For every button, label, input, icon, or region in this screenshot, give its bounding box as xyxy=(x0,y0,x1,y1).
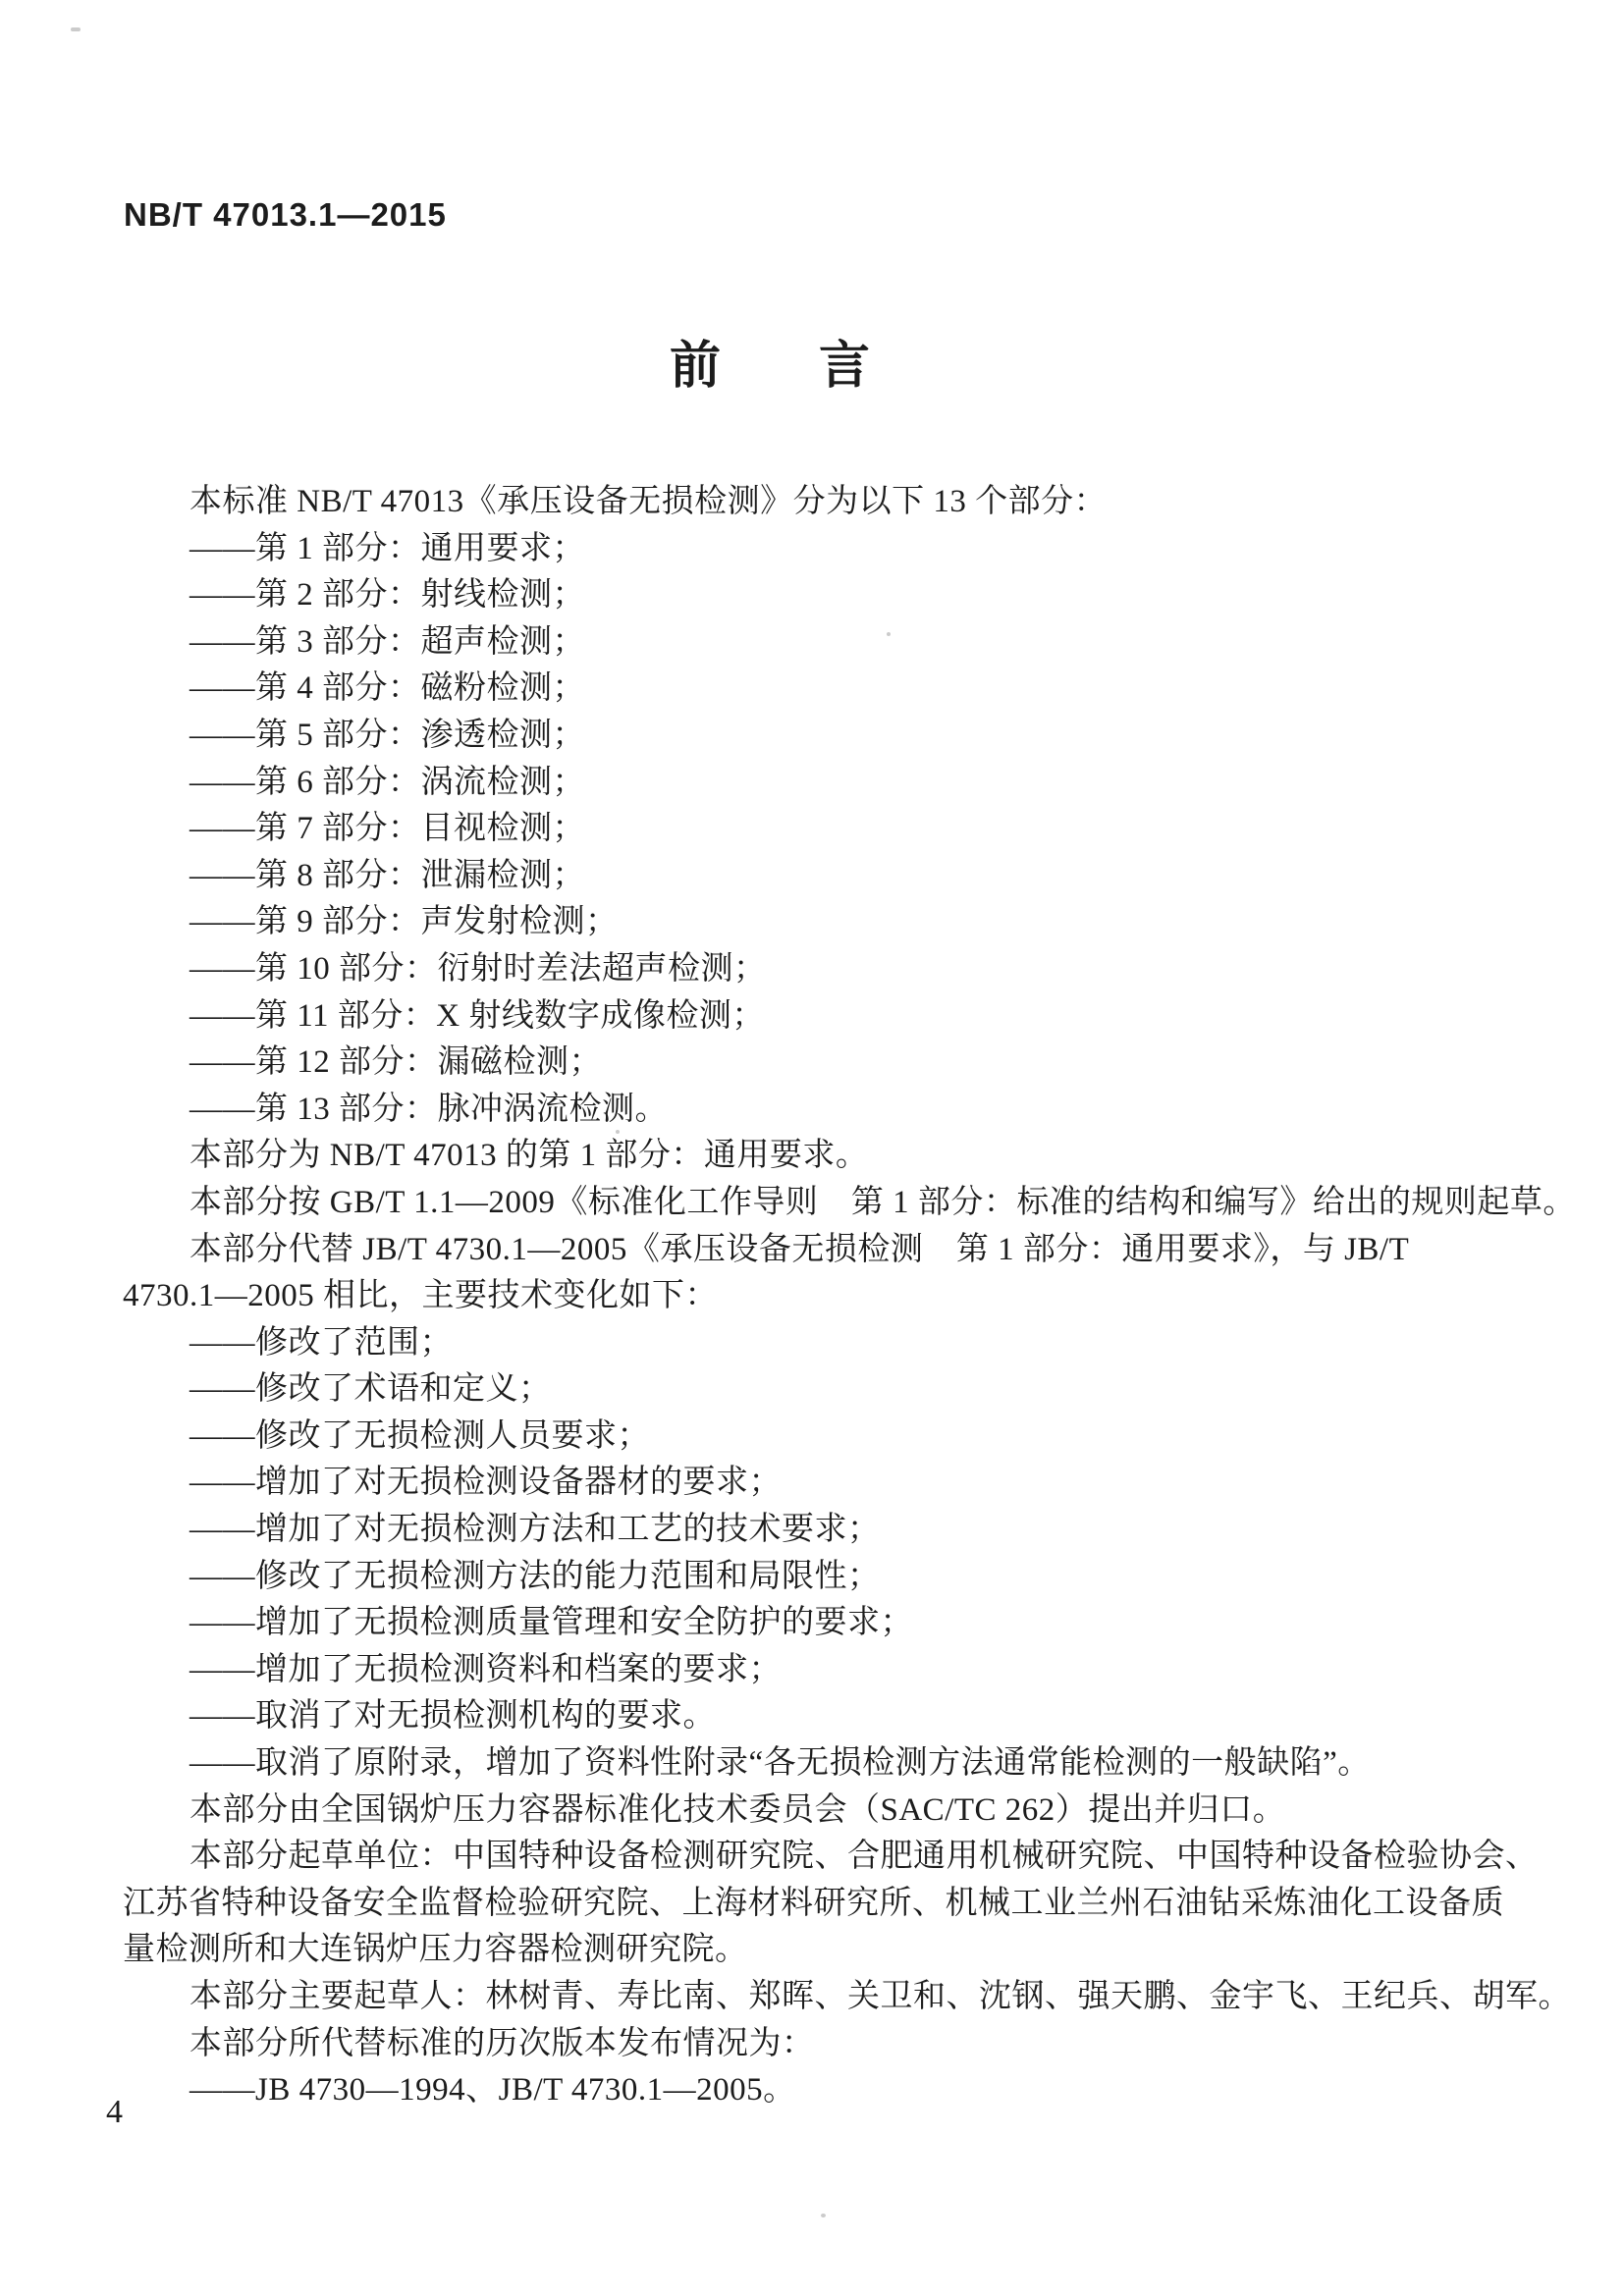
text-line: ——修改了无损检测人员要求； xyxy=(123,1414,1556,1461)
scan-speck xyxy=(821,2214,826,2217)
text-line: 本部分由全国锅炉压力容器标准化技术委员会（SAC/TC 262）提出并归口。 xyxy=(123,1788,1556,1835)
text-line: ——第 2 部分：射线检测； xyxy=(123,572,1556,619)
text-line: ——JB 4730—1994、JB/T 4730.1—2005。 xyxy=(123,2067,1556,2114)
document-page: NB/T 47013.1—2015 前 言 本标准 NB/T 47013《承压设… xyxy=(0,0,1624,2296)
text-line: ——增加了无损检测资料和档案的要求； xyxy=(123,1647,1556,1694)
scan-speck xyxy=(1466,1902,1470,1905)
text-line: ——第 8 部分：泄漏检测； xyxy=(123,853,1556,900)
scan-speck xyxy=(887,632,891,636)
foreword-body: 本标准 NB/T 47013《承压设备无损检测》分为以下 13 个部分：——第 … xyxy=(123,479,1556,2114)
text-line: ——修改了术语和定义； xyxy=(123,1366,1556,1414)
foreword-title: 前 言 xyxy=(670,340,893,395)
text-line: ——第 12 部分：漏磁检测； xyxy=(123,1040,1556,1087)
text-line: ——修改了无损检测方法的能力范围和局限性； xyxy=(123,1554,1556,1601)
text-line: ——增加了对无损检测设备器材的要求； xyxy=(123,1460,1556,1507)
text-line: ——第 11 部分：X 射线数字成像检测； xyxy=(123,993,1556,1041)
scan-speck xyxy=(71,27,81,31)
text-line: 本部分起草单位：中国特种设备检测研究院、合肥通用机械研究院、中国特种设备检验协会… xyxy=(123,1834,1556,1881)
text-line: 本部分代替 JB/T 4730.1—2005《承压设备无损检测 第 1 部分：通… xyxy=(123,1227,1556,1274)
text-line: 本部分主要起草人：林树青、寿比南、郑晖、关卫和、沈钢、强天鹏、金宇飞、王纪兵、胡… xyxy=(123,1974,1556,2021)
text-line: 本部分为 NB/T 47013 的第 1 部分：通用要求。 xyxy=(123,1133,1556,1180)
text-line: ——取消了原附录，增加了资料性附录“各无损检测方法通常能检测的一般缺陷”。 xyxy=(123,1740,1556,1788)
text-line: ——第 5 部分：渗透检测； xyxy=(123,713,1556,760)
text-line: ——增加了对无损检测方法和工艺的技术要求； xyxy=(123,1507,1556,1554)
text-line: 本部分所代替标准的历次版本发布情况为： xyxy=(123,2021,1556,2068)
text-line: ——修改了范围； xyxy=(123,1320,1556,1367)
text-line: ——第 6 部分：涡流检测； xyxy=(123,760,1556,807)
text-line: ——第 7 部分：目视检测； xyxy=(123,806,1556,853)
text-line: ——第 10 部分：衍射时差法超声检测； xyxy=(123,946,1556,993)
text-line: ——取消了对无损检测机构的要求。 xyxy=(123,1693,1556,1740)
text-line: ——第 9 部分：声发射检测； xyxy=(123,899,1556,946)
text-line: 江苏省特种设备安全监督检验研究院、上海材料研究所、机械工业兰州石油钻采炼油化工设… xyxy=(123,1881,1556,1928)
text-line: ——第 4 部分：磁粉检测； xyxy=(123,666,1556,713)
text-line: ——第 13 部分：脉冲涡流检测。 xyxy=(123,1087,1556,1134)
text-line: 量检测所和大连锅炉压力容器检测研究院。 xyxy=(123,1927,1556,1974)
page-number: 4 xyxy=(106,2093,123,2132)
text-line: 4730.1—2005 相比，主要技术变化如下： xyxy=(123,1273,1556,1320)
scan-speck xyxy=(616,1130,620,1134)
text-line: ——增加了无损检测质量管理和安全防护的要求； xyxy=(123,1600,1556,1647)
text-line: ——第 1 部分：通用要求； xyxy=(123,526,1556,573)
text-line: 本部分按 GB/T 1.1—2009《标准化工作导则 第 1 部分：标准的结构和… xyxy=(123,1180,1556,1227)
text-line: 本标准 NB/T 47013《承压设备无损检测》分为以下 13 个部分： xyxy=(123,479,1556,526)
standard-number-header: NB/T 47013.1—2015 xyxy=(124,196,447,234)
text-line: ——第 3 部分：超声检测； xyxy=(123,619,1556,667)
